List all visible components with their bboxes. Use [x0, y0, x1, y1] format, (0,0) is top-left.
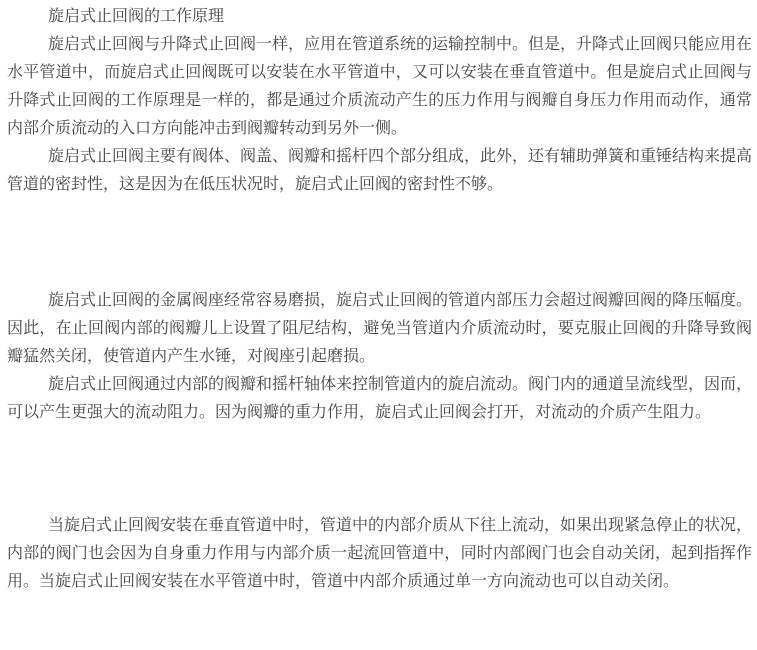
- document-title: 旋启式止回阀的工作原理: [7, 3, 752, 31]
- paragraph-valve-seat-wear: 旋启式止回阀的金属阀座经常容易磨损，旋启式止回阀的管道内部压力会超过阀瓣回阀的降…: [7, 287, 752, 371]
- paragraph-valve-flow-control: 旋启式止回阀通过内部的阀瓣和摇杆轴体来控制管道内的旋启流动。阀门内的通道呈流线型…: [7, 371, 752, 427]
- blank-spacer-region: [7, 427, 752, 512]
- document-page: 旋启式止回阀的工作原理 旋启式止回阀与升降式止回阀一样，应用在管道系统的运输控制…: [0, 0, 757, 650]
- paragraph-valve-components: 旋启式止回阀主要有阀体、阀盖、阀瓣和摇杆四个部分组成，此外，还有辅助弹簧和重锤结…: [7, 143, 752, 199]
- blank-spacer-region: [7, 199, 752, 287]
- paragraph-valve-intro: 旋启式止回阀与升降式止回阀一样，应用在管道系统的运输控制中。但是，升降式止回阀只…: [7, 31, 752, 143]
- paragraph-valve-installation: 当旋启式止回阀安装在垂直管道中时，管道中的内部介质从下往上流动，如果出现紧急停止…: [7, 512, 752, 596]
